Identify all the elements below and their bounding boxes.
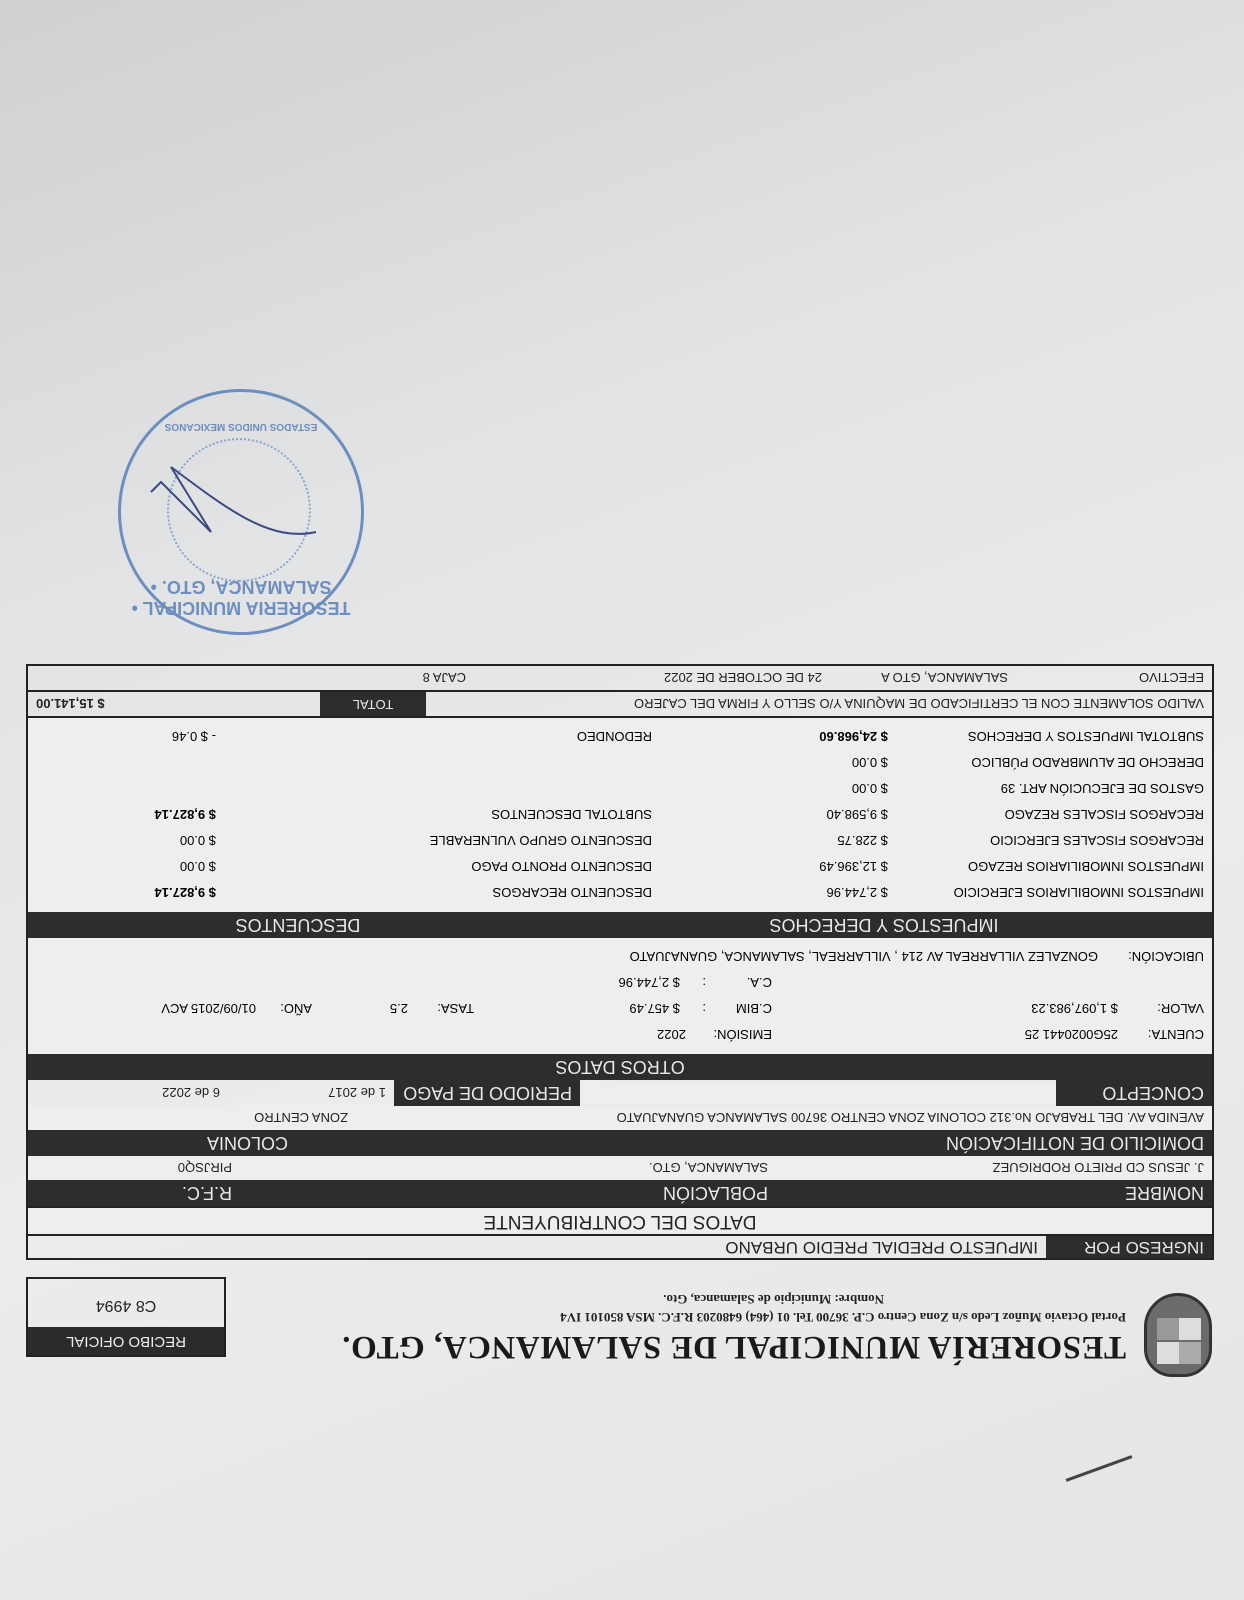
descuentos-title: DESCUENTOS [40, 915, 556, 936]
total-row: VALIDO SOLAMENTE CON EL CERTIFICADO DE M… [28, 692, 1212, 718]
seal-inner-text: ESTADOS UNIDOS MEXICANOS [121, 421, 361, 432]
impuesto-label: GASTOS DE EJECUCIÓN ART. 39 [896, 782, 1212, 797]
cbim-sep: : [688, 1002, 714, 1017]
receipt-number-box: RECIBO OFICIAL C8 4994 [26, 1277, 226, 1357]
concepts-section: IMPUESTOS INMOBILIARIOS EJERCICIO$ 2,744… [28, 718, 1212, 912]
caja: CAJA 8 [415, 671, 474, 686]
domicilio-value: AVENIDA AV. DEL TRABAJO No.312 COLONIA Z… [356, 1111, 1212, 1126]
receipt-table: INGRESO POR IMPUESTO PREDIAL PREDIO URBA… [26, 664, 1214, 1260]
impuesto-value: $ 0.00 [660, 756, 896, 771]
periodo-label: PERIODO DE PAGO [394, 1080, 580, 1106]
seal-outer-text: TESORERIA MUNICIPAL • SALAMANCA, GTO. • [121, 576, 361, 618]
concept-row: RECARGOS FISCALES REZAGO$ 9,598.40SUBTOT… [28, 802, 1212, 828]
descuento-value: $ 9,827.14 [147, 808, 224, 823]
header-domicilio: DOMICILIO DE NOTIFICACIÓN [296, 1133, 1212, 1154]
descuento-label: REDONDEO [224, 730, 660, 745]
impuesto-value: $ 12,396.49 [660, 860, 896, 875]
issuer-name: Nombre: Municipio de Salamanca, Gto. [663, 1291, 884, 1307]
section-contribuyente: DATOS DEL CONTRIBUYENTE [28, 1206, 1212, 1234]
valido-text: VALIDO SOLAMENTE CON EL CERTIFICADO DE M… [426, 697, 1212, 712]
ca-value: $ 2,744.96 [611, 976, 688, 991]
emision-label: EMISIÓN: [694, 1028, 780, 1043]
signature-icon [141, 452, 321, 572]
impuesto-value: $ 24,968.60 [660, 730, 896, 745]
receipt-document: TESORERÍA MUNICIPAL DE SALAMANCA, GTO. P… [0, 0, 1244, 1600]
contribuyente-nombre: J. JESUS CD PRIETO RODRIGUEZ [776, 1161, 1212, 1176]
concepto-label: CONCEPTO [1056, 1080, 1212, 1106]
fecha: 24 DE OCTOBER DE 2022 [474, 671, 830, 686]
impuesto-value: $ 228.75 [660, 834, 896, 849]
concept-row: IMPUESTOS INMOBILIARIOS EJERCICIO$ 2,744… [28, 880, 1212, 906]
header-nombre: NOMBRE [776, 1183, 1212, 1204]
payment-row: EFECTIVO SALAMANCA, GTO A 24 DE OCTOBER … [28, 666, 1212, 692]
tasa-label: TASA: [416, 1002, 482, 1017]
impuesto-label: SUBTOTAL IMPUESTOS Y DERECHOS [896, 730, 1212, 745]
valor-value: $ 1,097,983.23 [780, 1002, 1126, 1017]
descuento-label: SUBTOTAL DESCUENTOS [224, 808, 660, 823]
concepto-value [580, 1082, 1056, 1104]
impuesto-value: $ 0.00 [660, 782, 896, 797]
receipt-header: TESORERÍA MUNICIPAL DE SALAMANCA, GTO. P… [24, 1285, 1224, 1395]
valor-label: VALOR: [1126, 1002, 1212, 1017]
receipt-label: RECIBO OFICIAL [28, 1327, 224, 1355]
impuesto-label: IMPUESTOS INMOBILIARIOS REZAGO [896, 860, 1212, 875]
emision-value: 2022 [649, 1028, 694, 1043]
total-value: $ 15,141.00 [28, 697, 320, 712]
issuer-title: TESORERÍA MUNICIPAL DE SALAMANCA, GTO. [342, 1328, 1126, 1365]
issuer-address: Portal Octavio Muñoz Ledo s/n Zona Centr… [560, 1309, 1126, 1325]
descuento-value: $ 0.00 [172, 860, 224, 875]
descuento-label: DESCUENTO PRONTO PAGO [224, 860, 660, 875]
valor-row: VALOR: $ 1,097,983.23 C.BIM : $ 457.49 T… [28, 996, 1212, 1022]
receipt-folio: C8 4994 [28, 1283, 224, 1327]
ubicacion-label: UBICACIÓN: [1106, 950, 1212, 965]
contribuyente-poblacion: SALAMANCA, GTO. [240, 1161, 776, 1176]
descuento-value: - $ 0.46 [164, 730, 224, 745]
impuesto-label: RECARGOS FISCALES EJERCICIO [896, 834, 1212, 849]
ingreso-row: INGRESO POR IMPUESTO PREDIAL PREDIO URBA… [28, 1234, 1212, 1258]
total-label: TOTAL [320, 692, 426, 716]
impuesto-label: RECARGOS FISCALES REZAGO [896, 808, 1212, 823]
otros-datos-section: CUENTA: 25G0020441 25 EMISIÓN: 2022 VALO… [28, 938, 1212, 1054]
impuesto-label: IMPUESTOS INMOBILIARIOS EJERCICIO [896, 886, 1212, 901]
ca-sep: : [688, 976, 714, 991]
lugar: SALAMANCA, GTO A [830, 671, 1016, 686]
domicilio-header-row: DOMICILIO DE NOTIFICACIÓN COLONIA [28, 1130, 1212, 1156]
domicilio-data-row: AVENIDA AV. DEL TRABAJO No.312 COLONIA Z… [28, 1106, 1212, 1130]
descuento-value: $ 9,827.14 [147, 886, 224, 901]
anio-value: 01/09/2015 ACV [153, 1002, 264, 1017]
forma-pago: EFECTIVO [1016, 671, 1212, 686]
cuenta-value: 25G0020441 25 [780, 1028, 1126, 1043]
periodo-hasta: 6 de 2022 [154, 1086, 228, 1101]
pen-mark [1066, 1455, 1133, 1482]
impuesto-value: $ 2,744.96 [660, 886, 896, 901]
descuento-label: DESCUENTO GRUPO VULNERABLE [224, 834, 660, 849]
concept-row: GASTOS DE EJECUCIÓN ART. 39$ 0.00 [28, 776, 1212, 802]
cuenta-label: CUENTA: [1126, 1028, 1212, 1043]
contribuyente-data-row: J. JESUS CD PRIETO RODRIGUEZ SALAMANCA, … [28, 1156, 1212, 1180]
tasa-value: 2.5 [320, 1002, 416, 1017]
concept-row: RECARGOS FISCALES EJERCICIO$ 228.75DESCU… [28, 828, 1212, 854]
impuestos-descuentos-header: IMPUESTOS Y DERECHOS DESCUENTOS [28, 912, 1212, 938]
descuento-label: DESCUENTO RECARGOS [224, 886, 660, 901]
descuento-value: $ 0.00 [172, 834, 224, 849]
contribuyente-header-row: NOMBRE POBLACIÓN R.F.C. [28, 1180, 1212, 1206]
header-poblacion: POBLACIÓN [240, 1183, 776, 1204]
concepto-row: CONCEPTO PERIODO DE PAGO 1 de 2017 6 de … [28, 1080, 1212, 1106]
ingreso-label: INGRESO POR [1046, 1236, 1212, 1258]
ubicacion-row: UBICACIÓN: GONZALEZ VILLARREAL AV 214 , … [28, 944, 1212, 970]
header-colonia: COLONIA [199, 1133, 296, 1154]
anio-label: AÑO: [264, 1002, 320, 1017]
impuesto-value: $ 9,598.40 [660, 808, 896, 823]
impuesto-label: DERECHO DE ALUMBRADO PÚBLICO [896, 756, 1212, 771]
cbim-value: $ 457.49 [482, 1002, 688, 1017]
concept-row: IMPUESTOS INMOBILIARIOS REZAGO$ 12,396.4… [28, 854, 1212, 880]
ubicacion-value: GONZALEZ VILLARREAL AV 214 , VILLARREAL,… [622, 950, 1106, 965]
otros-datos-title: OTROS DATOS [555, 1057, 684, 1078]
concept-row: SUBTOTAL IMPUESTOS Y DERECHOS$ 24,968.60… [28, 724, 1212, 750]
impuestos-title: IMPUESTOS Y DERECHOS [556, 915, 1212, 936]
concept-row: DERECHO DE ALUMBRADO PÚBLICO$ 0.00 [28, 750, 1212, 776]
colonia-value: ZONA CENTRO [246, 1111, 356, 1126]
official-seal-stamp: TESORERIA MUNICIPAL • SALAMANCA, GTO. • … [118, 389, 364, 635]
otros-datos-header: OTROS DATOS [28, 1054, 1212, 1080]
section-title: DATOS DEL CONTRIBUYENTE [483, 1210, 756, 1232]
contribuyente-rfc: PIRJSQ0 [170, 1161, 240, 1176]
periodo-desde: 1 de 2017 [228, 1086, 394, 1101]
cbim-label: C.BIM [714, 1002, 780, 1017]
cuenta-row: CUENTA: 25G0020441 25 EMISIÓN: 2022 [28, 1022, 1212, 1048]
municipal-coat-of-arms-icon [1144, 1293, 1212, 1377]
ca-label: C.A. [714, 976, 780, 991]
ingreso-value: IMPUESTO PREDIAL PREDIO URBANO [717, 1237, 1046, 1257]
ca-row: C.A. : $ 2,744.96 [28, 970, 1212, 996]
header-rfc: R.F.C. [174, 1183, 240, 1204]
